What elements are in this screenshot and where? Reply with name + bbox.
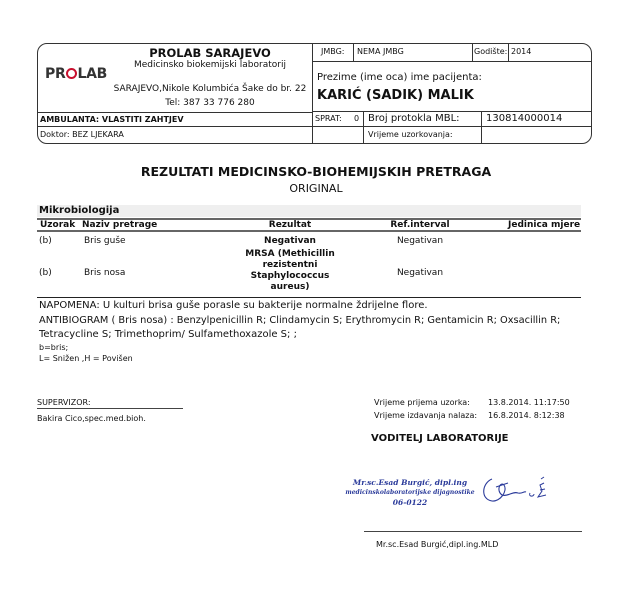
prolab-logo: PRLAB: [45, 66, 107, 82]
cell-uzorak: (b): [39, 236, 52, 246]
column-header: Ref.interval: [380, 220, 460, 230]
cell-ref: Negativan: [380, 268, 460, 278]
prijem-label: Vrijeme prijema uzorka:: [374, 398, 470, 407]
izdavanje-label: Vrijeme izdavanja nalaza:: [374, 411, 477, 420]
header-line: [37, 126, 312, 127]
voditelj-label: VODITELJ LABORATORIJE: [371, 433, 509, 444]
napomena: NAPOMENA: U kulturi brisa guše porasle s…: [39, 300, 428, 311]
column-header: Naziv pretrage: [82, 220, 157, 230]
prijem-value: 13.8.2014. 11:17:50: [488, 398, 570, 407]
header-divider: [353, 43, 354, 61]
header-divider: [472, 43, 473, 61]
signer-line: [364, 531, 582, 532]
sprat-value: 0: [354, 114, 359, 123]
protokol-label: Broj protokla MBL:: [368, 113, 460, 124]
doktor: Doktor: BEZ LJEKARA: [40, 130, 124, 139]
header-divider: [481, 111, 482, 144]
header-divider: [312, 43, 313, 144]
header-line: [312, 111, 592, 112]
godiste-label: Godište:: [474, 47, 507, 56]
cell-rezultat: MRSA (Methicillin rezistentni Staphyloco…: [230, 249, 350, 293]
column-header: Rezultat: [230, 220, 350, 230]
supervisor-name: Bakira Cico,spec.med.bioh.: [37, 414, 146, 423]
ambulanta: AMBULANTA: VLASTITI ZAHTJEV: [40, 115, 184, 124]
column-header: Uzorak: [40, 220, 75, 230]
lab-address: SARAJEVO,Nikole Kolumbića Šake do br. 22: [110, 84, 310, 94]
table-bottom-rule: [37, 297, 581, 298]
patient-name: KARIĆ (SADIK) MALIK: [317, 88, 474, 103]
signer-name: Mr.sc.Esad Burgić,dipl.ing.MLD: [376, 540, 498, 549]
lab-phone: Tel: 387 33 776 280: [110, 98, 310, 108]
signature-stamp: Mr.sc.Esad Burgić, dipl.ing medicinskola…: [345, 478, 475, 508]
signature-icon: [478, 473, 558, 507]
godiste-value: 2014: [511, 47, 531, 56]
jmbg-label: JMBG:: [321, 47, 345, 56]
antibiogram-line1: ANTIBIOGRAM ( Bris nosa) : Benzylpenicil…: [39, 315, 560, 326]
column-header: Jedinica mjere: [508, 220, 580, 230]
legend-bris: b=bris;: [39, 343, 68, 352]
uzorkovanje-label: Vrijeme uzorkovanja:: [368, 130, 453, 139]
cell-rezultat: Negativan: [230, 236, 350, 246]
report-title: REZULTATI MEDICINSKO-BIOHEMIJSKIH PRETRA…: [0, 164, 632, 179]
header-line: [312, 61, 592, 62]
protokol-value: 130814000014: [486, 113, 562, 124]
header-divider: [363, 111, 364, 144]
cell-naziv: Bris nosa: [84, 268, 125, 278]
lab-subtitle: Medicinsko biokemijski laboratorij: [110, 60, 310, 70]
cell-ref: Negativan: [380, 236, 460, 246]
report-subtitle: ORIGINAL: [0, 182, 632, 195]
antibiogram-line2: Tetracycline S; Trimethoprim/ Sulfametho…: [39, 329, 297, 340]
lab-name: PROLAB SARAJEVO: [110, 46, 310, 60]
patient-label: Prezime (ime oca) ime pacijenta:: [317, 72, 482, 83]
cell-uzorak: (b): [39, 268, 52, 278]
jmbg-value: NEMA JMBG: [357, 47, 404, 56]
sprat-label: SPRAT:: [315, 114, 342, 123]
legend-flags: L= Snižen ,H = Povišen: [39, 354, 133, 363]
section-title: Mikrobiologija: [39, 205, 119, 216]
header-line: [37, 112, 312, 113]
cell-naziv: Bris guše: [84, 236, 126, 246]
logo-drop-icon: [66, 68, 77, 79]
izdavanje-value: 16.8.2014. 8:12:38: [488, 411, 565, 420]
header-divider: [508, 43, 509, 61]
supervisor-line: [37, 408, 183, 409]
header-line: [312, 126, 592, 127]
supervisor-label: SUPERVIZOR:: [37, 398, 91, 407]
